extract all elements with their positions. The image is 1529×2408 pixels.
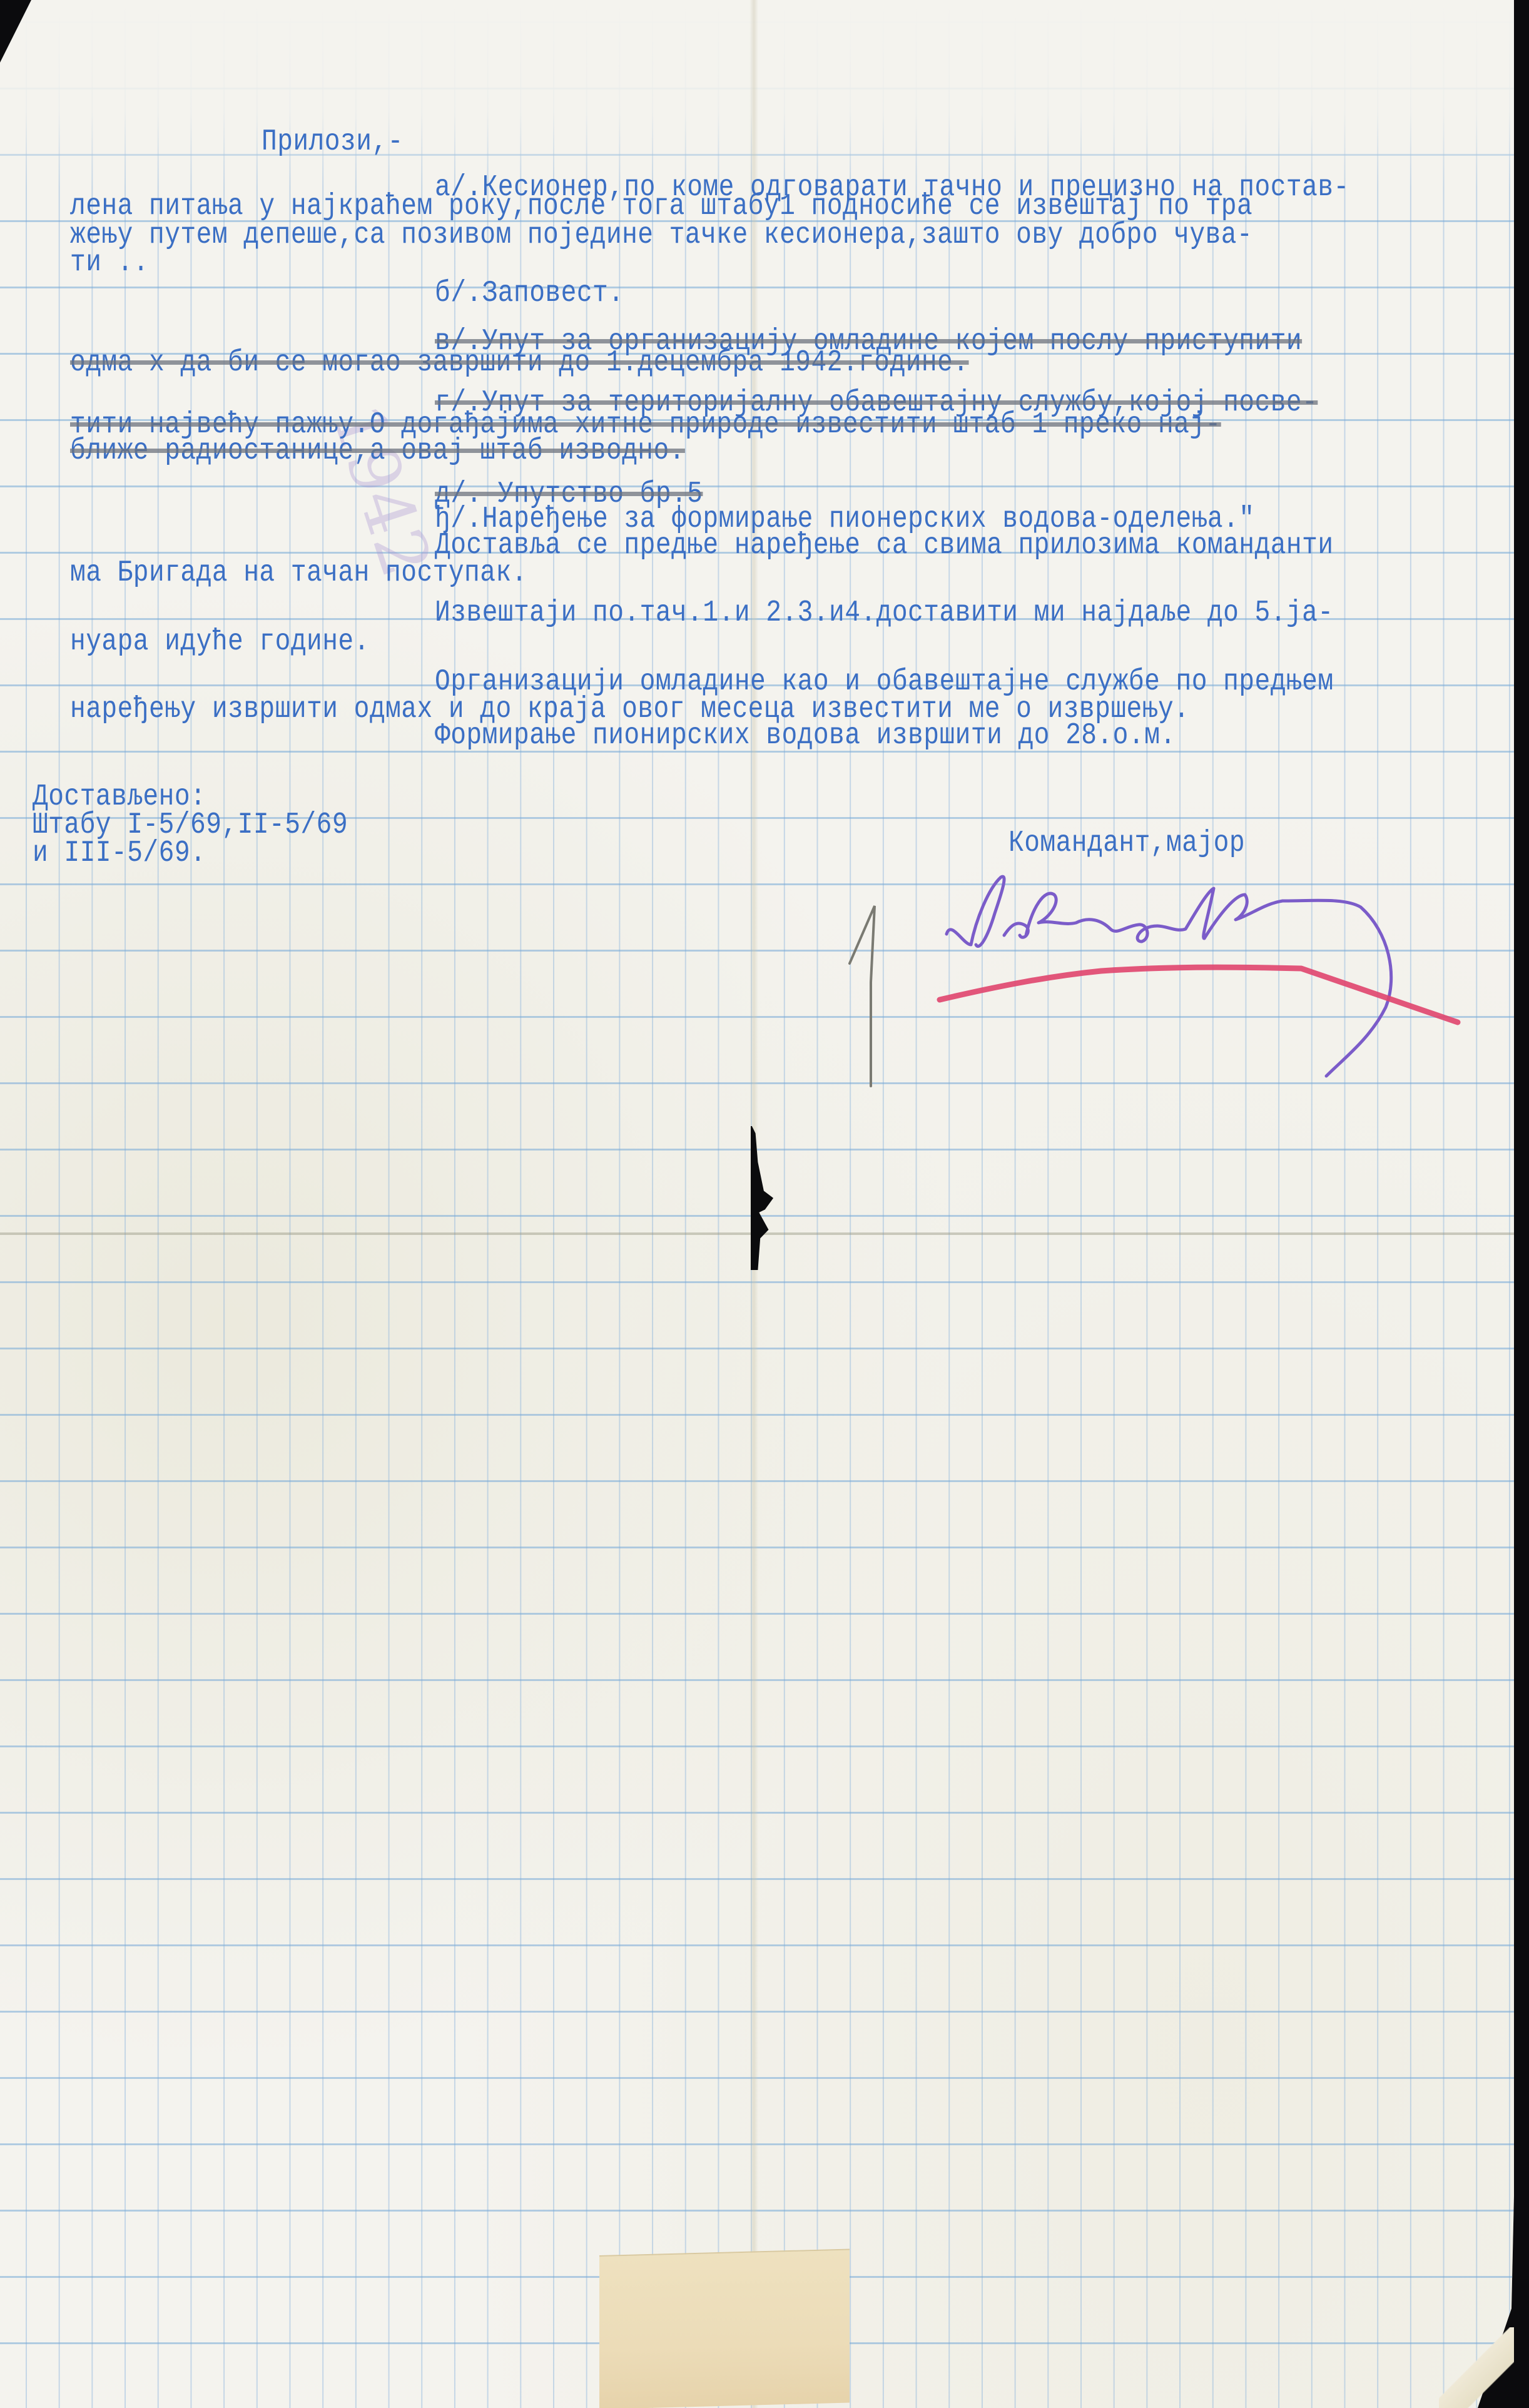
pencil-number-one bbox=[850, 906, 875, 1086]
red-pencil-underline bbox=[940, 967, 1458, 1022]
handwritten-signature bbox=[0, 0, 1529, 2408]
